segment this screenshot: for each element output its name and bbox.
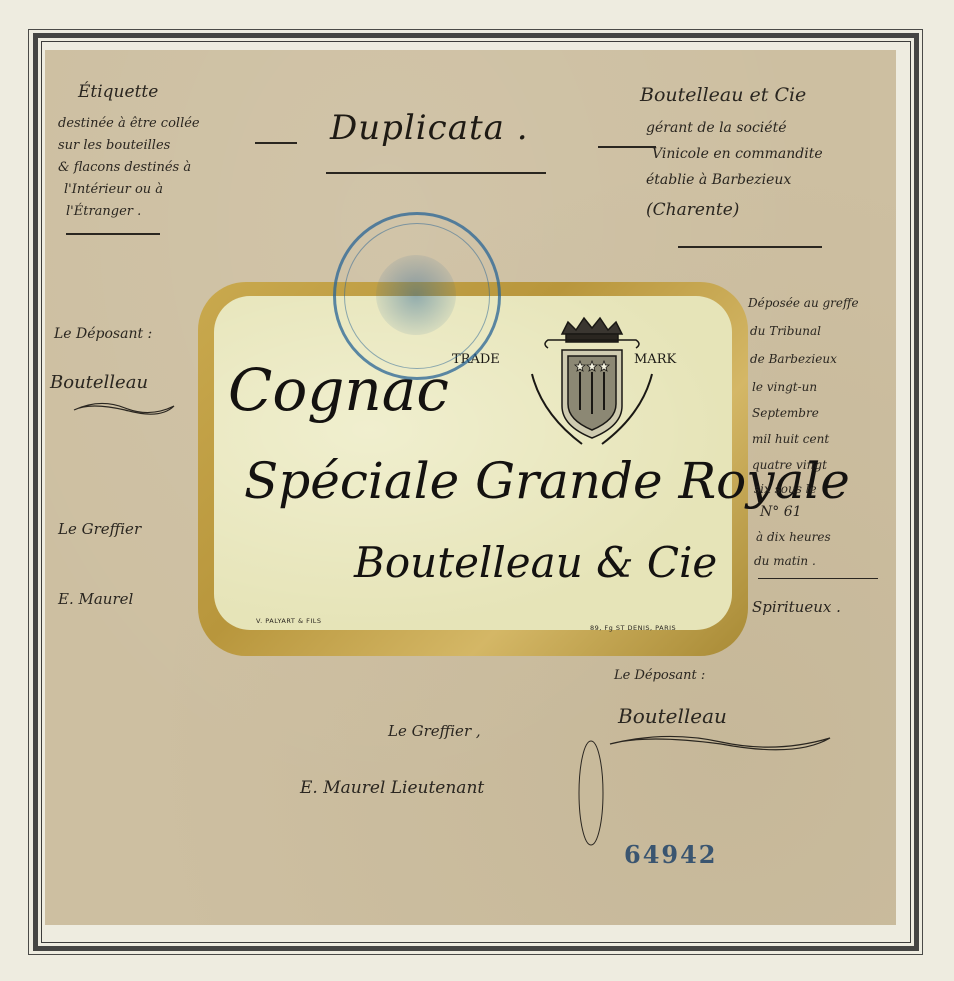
right-margin-line: Septembre — [752, 406, 819, 420]
right-note-line: (Charente) — [646, 200, 739, 220]
left-clerk-signature: E. Maurel — [58, 590, 133, 608]
coat-of-arms-icon — [492, 314, 692, 464]
right-note-underline — [678, 246, 822, 248]
left-note-heading: Étiquette — [78, 82, 158, 102]
right-margin-line: six sous le — [754, 482, 817, 496]
title-dash-left — [255, 142, 297, 144]
right-note-line: établie à Barbezieux — [646, 172, 791, 188]
printer-address: 89, Fg ST DENIS, PARIS — [590, 624, 676, 632]
category-text: Spiritueux . — [752, 598, 841, 616]
left-note-line: l'Intérieur ou à — [64, 182, 163, 197]
title-dash-right — [598, 146, 656, 148]
serial-number: 64942 — [624, 840, 718, 869]
right-note-line: Boutelleau et Cie — [640, 84, 806, 106]
printer-name: V. PALYART & FILS — [256, 617, 321, 625]
left-note-underline — [66, 233, 160, 235]
right-margin-line: de Barbezieux — [750, 352, 837, 366]
right-margin-line: mil huit cent — [752, 432, 829, 446]
title-underline — [326, 172, 546, 174]
stamp-figure-icon — [376, 255, 456, 335]
left-depositor-signature: Boutelleau — [50, 372, 148, 393]
right-margin-line: le vingt-un — [752, 380, 817, 394]
bottom-depositor-label: Le Déposant : — [614, 668, 705, 683]
right-margin-line: du matin . — [754, 554, 816, 568]
left-note-line: sur les bouteilles — [58, 138, 170, 153]
signature-loop-icon — [574, 738, 608, 848]
left-note-line: l'Étranger . — [66, 204, 141, 219]
left-depositor-label: Le Déposant : — [54, 326, 152, 342]
left-note-line: & flacons destinés à — [58, 160, 191, 175]
right-margin-line: Déposée au greffe — [748, 296, 859, 310]
right-margin-divider — [758, 578, 878, 579]
right-margin-line: N° 61 — [760, 504, 802, 520]
label-boutelleau-text: Boutelleau & Cie — [354, 538, 717, 587]
right-margin-line: du Tribunal — [750, 324, 821, 338]
document-title: Duplicata . — [330, 108, 529, 148]
signature-flourish-icon — [70, 396, 180, 420]
right-margin-line: à dix heures — [756, 530, 831, 544]
left-note-line: destinée à être collée — [58, 116, 200, 131]
right-note-line: Vinicole en commandite — [652, 146, 823, 162]
court-stamp: TRIBUNAL DE 1re INSTANCE DE BARBEZIEUX — [333, 212, 501, 380]
bottom-depositor-signature: Boutelleau — [618, 704, 727, 728]
bottom-clerk-label: Le Greffier , — [388, 722, 481, 740]
right-margin-line: quatre vingt — [752, 458, 827, 472]
right-note-line: gérant de la société — [646, 120, 786, 136]
signature-flourish-icon — [606, 728, 836, 758]
bottom-clerk-signature: E. Maurel Lieutenant — [300, 778, 484, 798]
left-clerk-label: Le Greffier — [58, 520, 141, 538]
